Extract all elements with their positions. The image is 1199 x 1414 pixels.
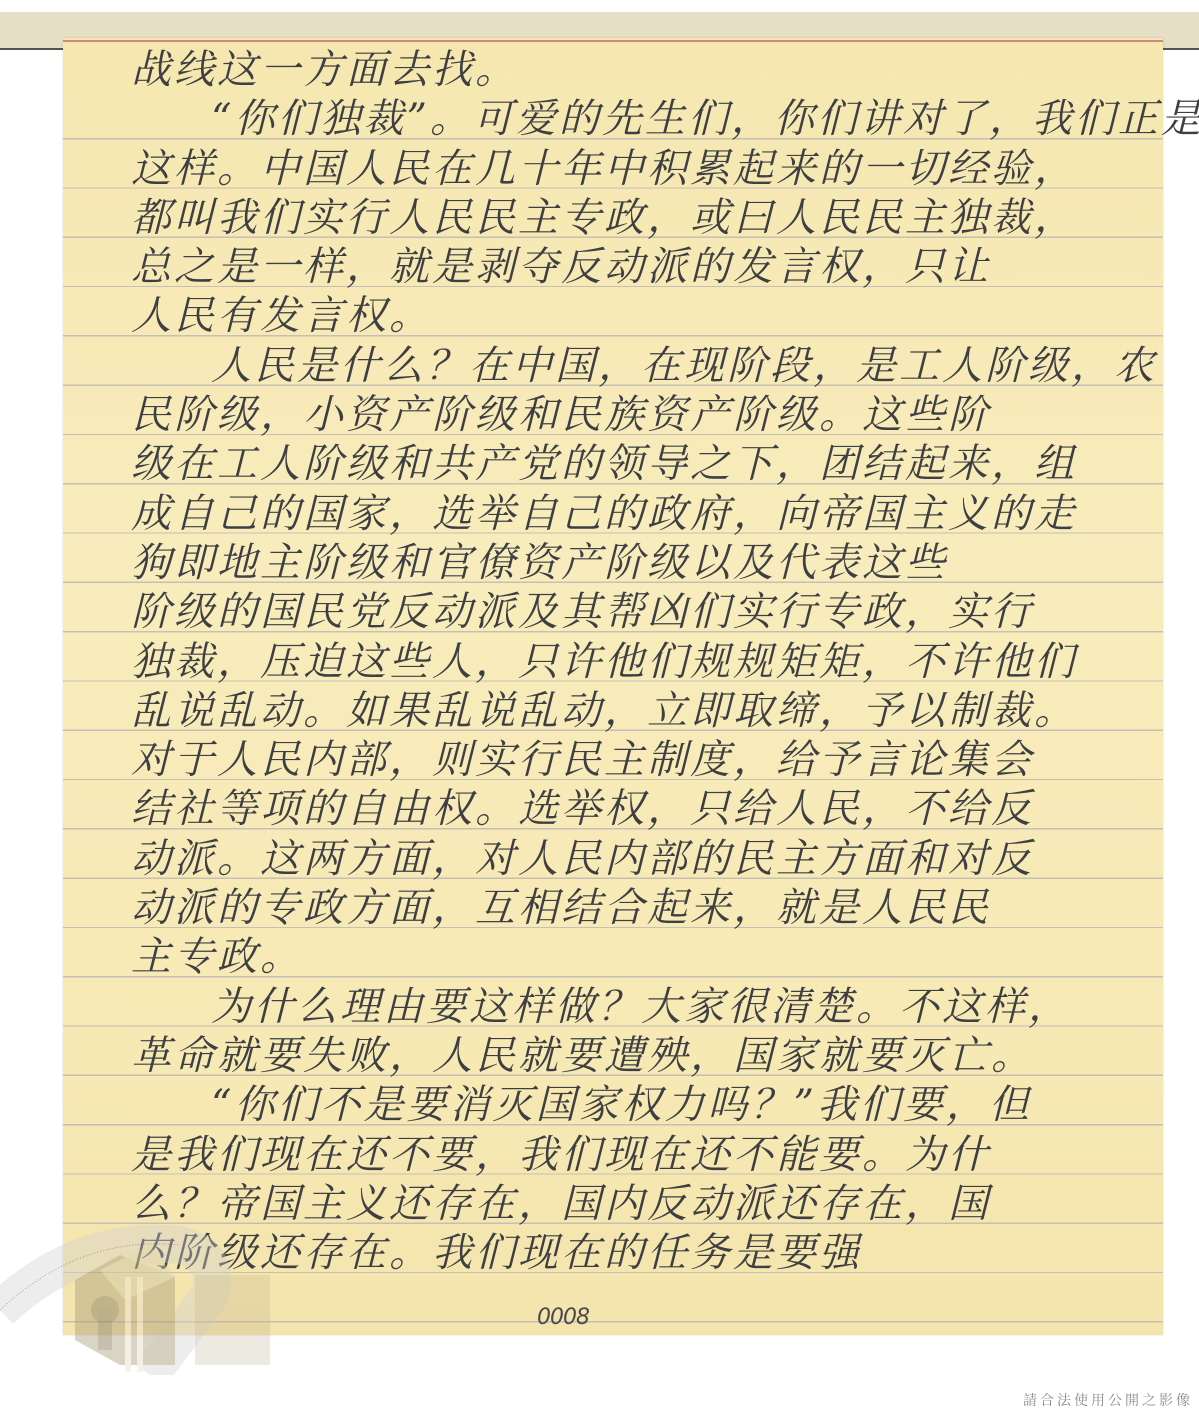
text-line: 这样。中国人民在几十年中积累起来的一切经验， [131, 145, 1141, 194]
text-line: 对于人民内部，则实行民主制度，给予言论集会 [131, 736, 1141, 785]
text-line: 都叫我们实行人民民主专政，或曰人民民主独裁， [131, 194, 1141, 243]
usage-notice: 請合法使用公開之影像 [1023, 1390, 1193, 1410]
text-line: 么？帝国主义还存在，国内反动派还存在，国 [131, 1180, 1141, 1229]
text-line: 动派的专政方面，互相结合起来，就是人民民 [131, 884, 1141, 933]
text-line: 阶级的国民党反动派及其帮凶们实行专政，实行 [131, 588, 1141, 637]
text-line: 乱说乱动。如果乱说乱动，立即取缔，予以制裁。 [131, 687, 1141, 736]
top-margin-line [63, 40, 1163, 42]
text-line: 动派。这两方面，对人民内部的民主方面和对反 [131, 835, 1141, 884]
text-line: 人民有发言权。 [131, 292, 1141, 341]
text-line: 狗即地主阶级和官僚资产阶级以及代表这些 [131, 539, 1141, 588]
text-line: 为什么理由要这样做？大家很清楚。不这样， [131, 983, 1141, 1032]
text-line: 独裁，压迫这些人，只许他们规规矩矩，不许他们 [131, 638, 1141, 687]
manuscript-page: 战线这一方面去找。 “你们独裁”。可爱的先生们，你们讲对了，我们正是 这样。中国… [63, 38, 1163, 1335]
text-line: 战线这一方面去找。 [131, 46, 1141, 95]
page-number: 0008 [537, 1305, 589, 1330]
text-line: 成自己的国家，选举自己的政府，向帝国主义的走 [131, 490, 1141, 539]
handwritten-text: 战线这一方面去找。 “你们独裁”。可爱的先生们，你们讲对了，我们正是 这样。中国… [131, 46, 1141, 1278]
text-line: 是我们现在还不要，我们现在还不能要。为什 [131, 1131, 1141, 1180]
text-line: 人民是什么？在中国，在现阶段，是工人阶级，农 [131, 342, 1141, 391]
text-line: 级在工人阶级和共产党的领导之下，团结起来，组 [131, 440, 1141, 489]
text-line: “你们不是要消灭国家权力吗？”我们要，但 [131, 1081, 1141, 1130]
text-line: 结社等项的自由权。选举权，只给人民，不给反 [131, 785, 1141, 834]
text-line: 民阶级，小资产阶级和民族资产阶级。这些阶 [131, 391, 1141, 440]
text-line: 总之是一样，就是剥夺反动派的发言权，只让 [131, 243, 1141, 292]
text-line: “你们独裁”。可爱的先生们，你们讲对了，我们正是 [131, 95, 1141, 144]
text-line: 革命就要失败，人民就要遭殃，国家就要灭亡。 [131, 1032, 1141, 1081]
text-line: 内阶级还存在。我们现在的任务是要强 [131, 1229, 1141, 1278]
text-line: 主专政。 [131, 933, 1141, 982]
archive-logo-icon [0, 1215, 270, 1375]
